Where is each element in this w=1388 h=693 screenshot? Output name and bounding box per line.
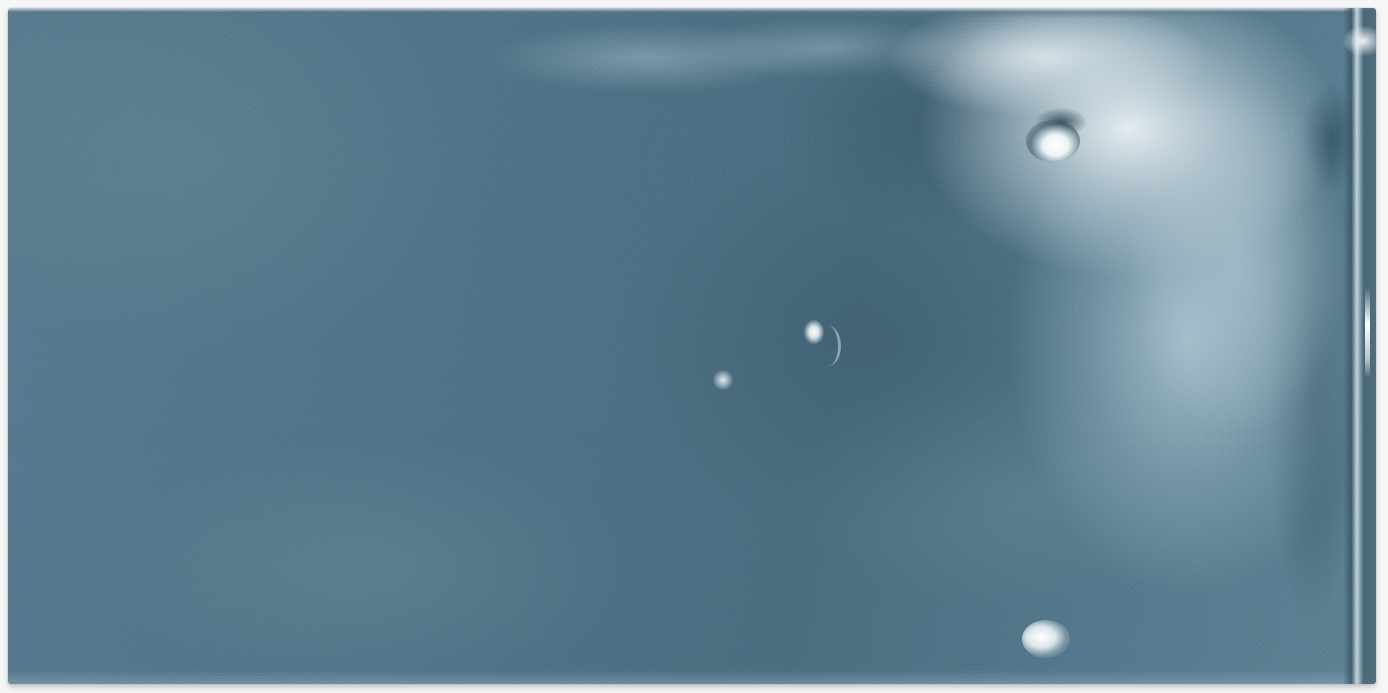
corner-reflection [1343, 26, 1376, 56]
ceramic-tile [8, 8, 1376, 684]
specular-highlight-dot [713, 370, 733, 390]
specular-highlight-center [804, 320, 824, 344]
edge-reflection [1365, 288, 1370, 378]
glaze-dimple [1036, 108, 1086, 136]
image-canvas [0, 0, 1388, 693]
specular-highlight-lower [1022, 620, 1070, 658]
specular-highlight-upper [1026, 120, 1080, 162]
glaze-texture [8, 8, 1376, 684]
glaze-ripple [816, 326, 841, 366]
